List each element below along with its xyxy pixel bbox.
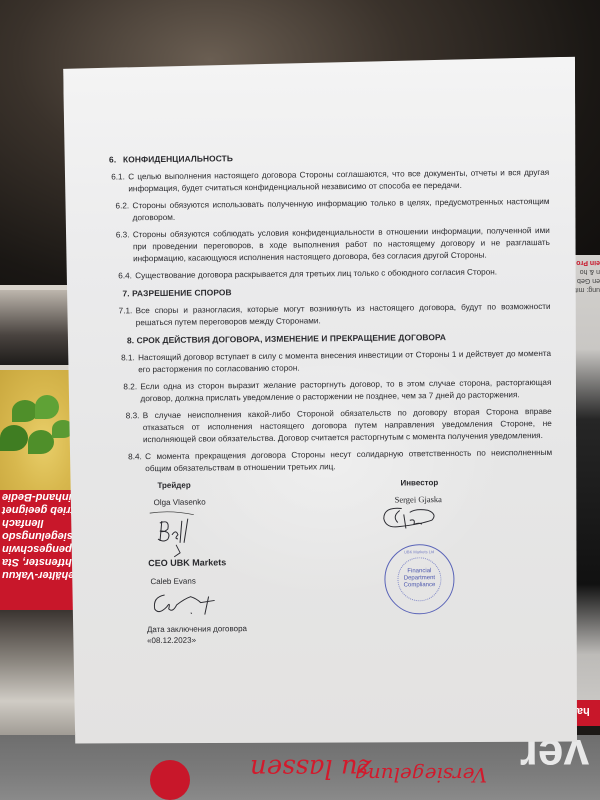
clause-7-1: 7.1. Все споры и разногласия, которые мо…: [119, 301, 551, 330]
clause-8-3: 8.3. В случае неисполнения какой-либо Ст…: [126, 406, 552, 446]
clause-6-4: 6.4. Существование договора раскрывается…: [118, 266, 550, 283]
section-heading-8: 8. СРОК ДЕЙСТВИЯ ДОГОВОРА, ИЗМЕНЕНИЕ И П…: [127, 330, 551, 346]
section-heading-7: 7. РАЗРЕШЕНИЕ СПОРОВ: [122, 283, 550, 299]
contract-page: 6.КОНФИДЕНЦИАЛЬНОСТЬ 6.1. С целью выполн…: [63, 57, 582, 747]
ceo-signature: [151, 588, 221, 621]
clause-6-1: 6.1. С целью выполнения настоящего догов…: [111, 167, 549, 196]
stamp-text: Financial Department Compliance: [385, 568, 453, 590]
company-stamp: UBK Markets Ltd Financial Department Com…: [384, 544, 455, 615]
background-package-label: inhand-Bedie trieb geeignet llenfach rsi…: [0, 490, 82, 610]
ceo-title: CEO UBK Markets: [148, 557, 226, 568]
background-appliance: [0, 610, 75, 740]
clause-8-1: 8.1. Настоящий договор вступает в силу с…: [121, 348, 551, 377]
trader-name: Olga Vlasenko: [154, 498, 206, 508]
investor-name: Sergei Gjaska: [395, 494, 442, 504]
clause-6-2: 6.2. Стороны обязуются использовать полу…: [115, 196, 549, 225]
contract-text: 6.КОНФИДЕНЦИАЛЬНОСТЬ 6.1. С целью выполн…: [109, 149, 552, 481]
background-food-image: [0, 370, 80, 490]
ceo-name: Caleb Evans: [150, 577, 195, 586]
clause-6-3: 6.3. Стороны обязуются соблюдать условия…: [116, 225, 550, 266]
background-package-photo: [0, 290, 75, 365]
section-heading-6: 6.КОНФИДЕНЦИАЛЬНОСТЬ: [109, 149, 549, 166]
trader-label: Трейдер: [157, 481, 190, 490]
clause-8-2: 8.2. Если одна из сторон выразит желание…: [123, 377, 551, 405]
background-package-bottom: zu lassen Versiegelung ver: [0, 735, 600, 800]
investor-signature: [380, 504, 440, 535]
trader-signature: [146, 509, 207, 560]
clause-8-4: 8.4. С момента прекращения договора Стор…: [128, 447, 552, 475]
date-label: Дата заключения договора: [147, 624, 247, 634]
investor-label: Инвестор: [400, 478, 438, 487]
date-value: «08.12.2023»: [147, 636, 196, 646]
